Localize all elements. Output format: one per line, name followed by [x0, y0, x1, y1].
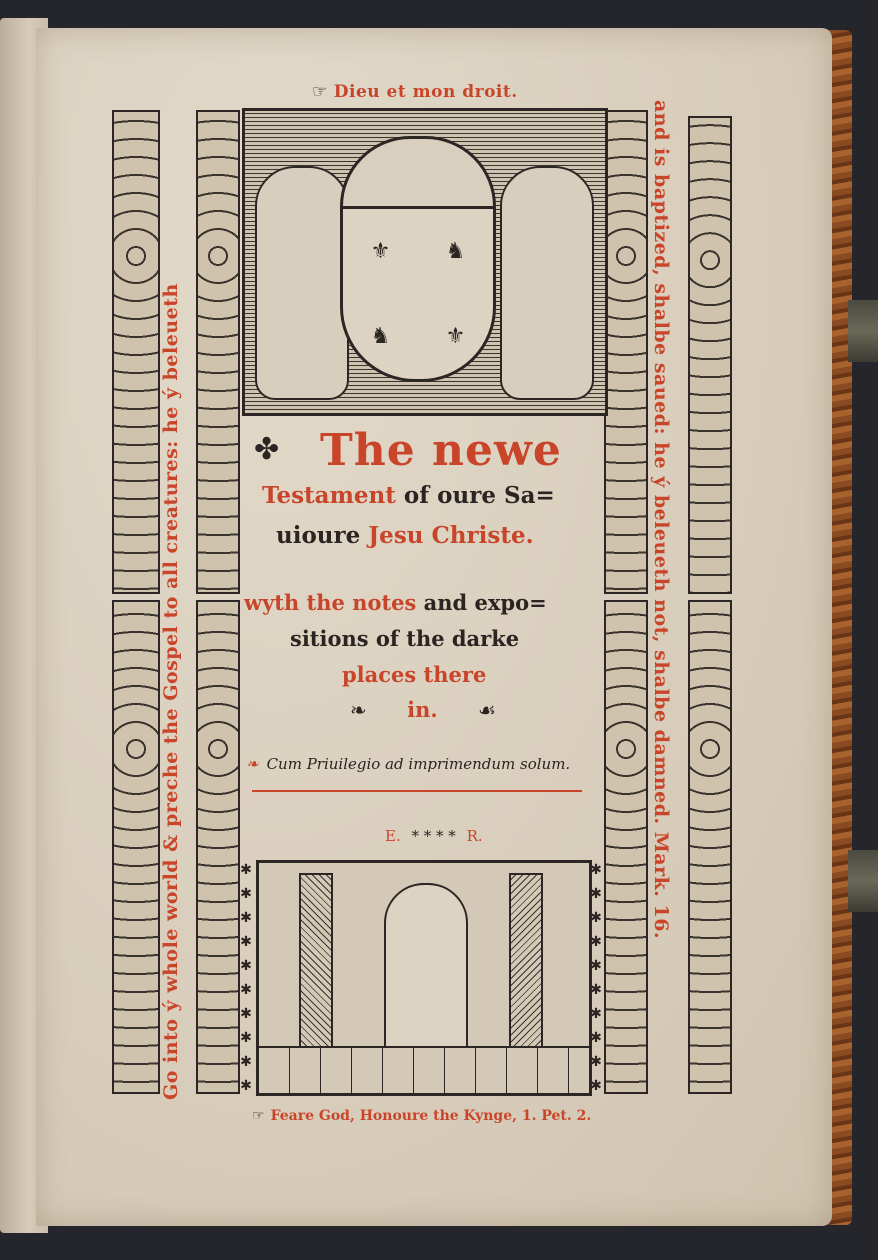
crown-icon: [340, 136, 496, 212]
privilege-text: Cum Priuilegio ad imprimendum solum.: [267, 755, 571, 773]
subtitle-line-3: places there: [342, 662, 486, 687]
subtitle-with-notes: wyth the notes: [244, 590, 416, 615]
subtitle-in: in.: [407, 697, 438, 722]
left-outer-border-bottom: [112, 600, 160, 1094]
right-outer-border-bottom: [688, 600, 732, 1094]
right-inner-border-bottom: [604, 600, 648, 1094]
shield-icon: ⚜ ♞ ♞ ⚜: [340, 206, 496, 382]
initial-r: R.: [467, 827, 483, 845]
dragon-supporter: [500, 166, 594, 400]
initial-e: E.: [385, 827, 401, 845]
fleur-de-lis-icon: ⚜: [343, 209, 418, 294]
right-border-scripture: and is baptized, shalbe saued: he ý bel…: [650, 100, 672, 1100]
title-line-2: Testament of oure Sa=: [262, 482, 555, 509]
title-line-1: The newe: [320, 425, 562, 476]
star-border-left: ✱✱✱✱✱✱✱✱✱✱: [240, 858, 252, 1098]
fleuron-red-icon: ❧: [246, 755, 259, 773]
left-outer-border-top: [112, 110, 160, 594]
red-rule-divider: [252, 790, 582, 792]
fleuron-right-icon: ☙: [478, 698, 496, 722]
fleuron-left-icon: ❧: [350, 698, 367, 722]
title-line-3: uioure Jesu Christe.: [276, 522, 534, 549]
privilege-statement: ❧Cum Priuilegio ad imprimendum solum.: [246, 755, 570, 773]
title-jesu-christe: Jesu Christe.: [368, 522, 533, 549]
title-testament: Testament: [262, 482, 396, 509]
bottom-motto-text: Feare God, Honoure the Kynge, 1. Pet. 2.: [271, 1108, 592, 1124]
royal-initials: E. * * * * R.: [385, 827, 483, 845]
tiled-floor: [259, 1046, 589, 1093]
bottom-motto: ☞Feare God, Honoure the Kynge, 1. Pet. 2…: [252, 1108, 591, 1124]
lion-supporter: [255, 166, 349, 400]
subtitle-line-4: ❧ in. ☙: [350, 697, 496, 722]
pointing-hand-icon: ☞: [312, 82, 328, 102]
subtitle-and-expo: and expo=: [424, 590, 547, 615]
left-inner-border-top: [196, 110, 240, 594]
right-outer-border-top: [688, 116, 732, 594]
clasp-bottom: [848, 850, 878, 912]
top-motto-text: Dieu et mon droit.: [334, 82, 518, 102]
subtitle-line-2: sitions of the darke: [290, 626, 519, 651]
subtitle-line-1: wyth the notes and expo=: [244, 590, 547, 615]
left-border-scripture: Go into ý whole world & preche the Gosp…: [160, 125, 182, 1100]
title-of-oure: of oure Sa=: [404, 482, 555, 509]
title-uioure: uioure: [276, 522, 360, 549]
lions-passant-icon: ♞: [418, 209, 493, 294]
top-motto: ☞Dieu et mon droit.: [312, 82, 518, 102]
lions-passant-icon: ♞: [343, 294, 418, 379]
royal-arms-woodcut: ⚜ ♞ ♞ ⚜: [242, 108, 608, 416]
clasp-top: [848, 300, 878, 362]
cross-fleuron-icon: ✤: [254, 432, 279, 467]
fleur-de-lis-icon: ⚜: [418, 294, 493, 379]
left-inner-border-bottom: [196, 600, 240, 1094]
enthroned-king-woodcut: [256, 860, 592, 1096]
right-inner-border-top: [604, 110, 648, 594]
pointing-hand-icon: ☞: [252, 1108, 265, 1124]
star-ornament: * * * *: [412, 827, 456, 845]
